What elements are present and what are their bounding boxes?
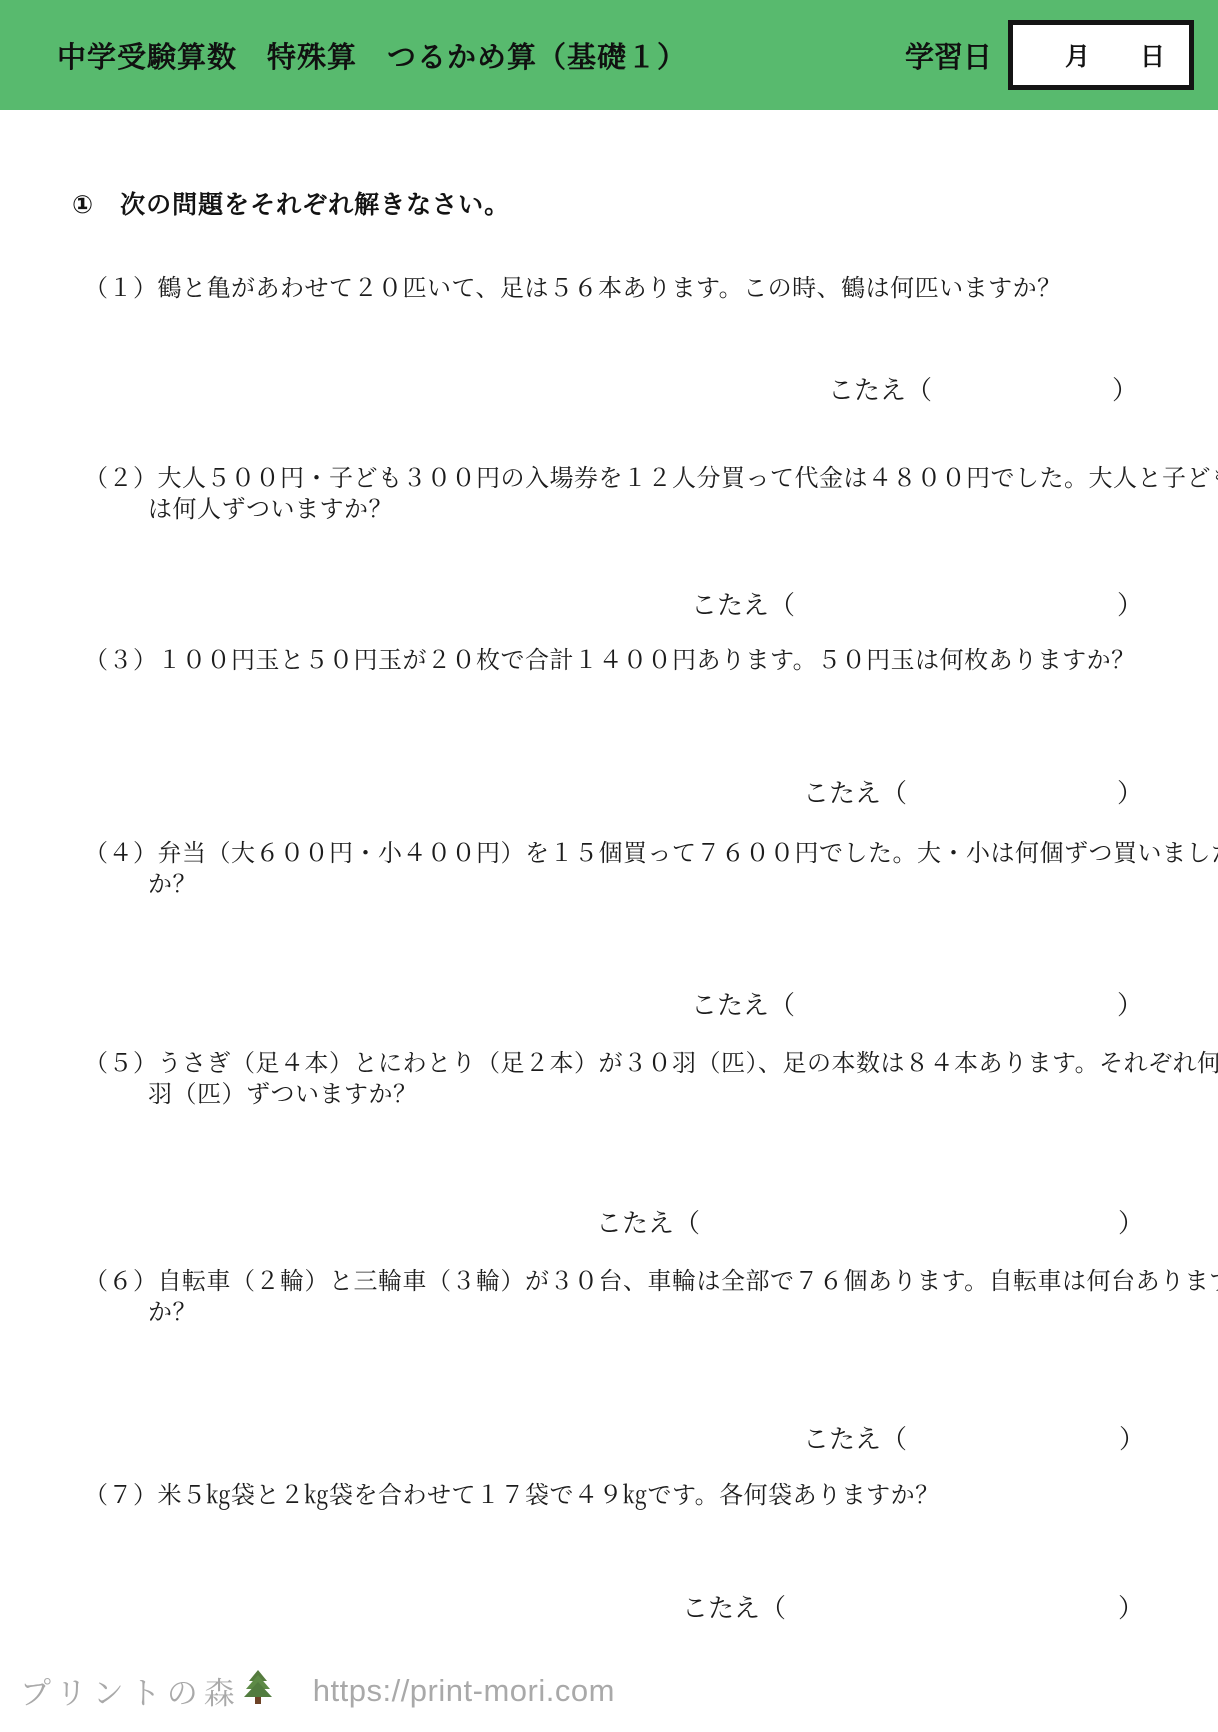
study-date-label: 学習日 [905,35,992,76]
answer-label: こたえ（ [691,985,795,1022]
answer-label: こたえ（ [596,1203,700,1240]
header-bar: 中学受験算数 特殊算 つるかめ算（基礎１） 学習日 月 日 [0,0,1218,110]
page-title: 中学受験算数 特殊算 つるかめ算（基礎１） [57,35,905,76]
problem-6: （６）自転車（２輪）と三輪車（３輪）が３０台、車輪は全部で７６個あります。自転車… [84,1266,1218,1328]
problem-text: 羽（匹）ずついますか？ [148,1079,1218,1110]
answer-row-3: こたえ（ ） [803,773,1143,810]
problem-text: （４）弁当（大６００円・小４００円）を１５個買って７６００円でした。大・小は何個… [84,838,1218,869]
evergreen-tree-icon [243,1670,273,1712]
answer-label: こたえ（ [828,370,932,407]
problem-text: （６）自転車（２輪）と三輪車（３輪）が３０台、車輪は全部で７６個あります。自転車… [84,1266,1218,1297]
problem-text: は何人ずついますか？ [148,494,1218,525]
problem-text: か？ [148,1297,1218,1328]
answer-close-paren: ） [1117,985,1143,1022]
problem-4: （４）弁当（大６００円・小４００円）を１５個買って７６００円でした。大・小は何個… [84,838,1218,900]
month-label: 月 [1065,37,1090,73]
problem-text: （３）１００円玉と５０円玉が２０枚で合計１４００円あります。５０円玉は何枚ありま… [84,645,1136,676]
site-name: プリントの森 [20,1668,241,1713]
problem-5: （５）うさぎ（足４本）とにわとり（足２本）が３０羽（匹）、足の本数は８４本ありま… [84,1048,1218,1110]
answer-row-4: こたえ（ ） [691,985,1143,1022]
answer-label: こたえ（ [803,773,907,810]
problem-7: （７）米５㎏袋と２㎏袋を合わせて１７袋で４９㎏です。各何袋ありますか？ [84,1480,940,1511]
day-label: 日 [1140,37,1165,73]
answer-row-7: こたえ（ ） [682,1588,1144,1625]
problem-text: （１）鶴と亀があわせて２０匹いて、足は５６本あります。この時、鶴は何匹いますか？ [84,273,1062,304]
answer-row-2: こたえ（ ） [691,585,1143,622]
site-url: https://print-mori.com [313,1673,615,1709]
problem-text: （２）大人５００円・子ども３００円の入場券を１２人分買って代金は４８００円でした… [84,463,1218,494]
answer-close-paren: ） [1119,1419,1145,1456]
answer-label: こたえ（ [803,1419,907,1456]
answer-label: こたえ（ [691,585,795,622]
date-entry-box: 月 日 [1008,20,1194,90]
answer-label: こたえ（ [682,1588,786,1625]
answer-row-6: こたえ（ ） [803,1419,1145,1456]
answer-close-paren: ） [1117,773,1143,810]
problem-text: （７）米５㎏袋と２㎏袋を合わせて１７袋で４９㎏です。各何袋ありますか？ [84,1480,940,1511]
answer-row-5: こたえ（ ） [596,1203,1144,1240]
problem-3: （３）１００円玉と５０円玉が２０枚で合計１４００円あります。５０円玉は何枚ありま… [84,645,1136,676]
answer-row-1: こたえ（ ） [828,370,1138,407]
answer-close-paren: ） [1118,1203,1144,1240]
answer-close-paren: ） [1112,370,1138,407]
answer-close-paren: ） [1118,1588,1144,1625]
problem-text: か？ [148,869,1218,900]
footer: プリントの森 https://print-mori.com [20,1668,615,1713]
problem-2: （２）大人５００円・子ども３００円の入場券を１２人分買って代金は４８００円でした… [84,463,1218,525]
answer-close-paren: ） [1117,585,1143,622]
worksheet-page: 中学受験算数 特殊算 つるかめ算（基礎１） 学習日 月 日 ① 次の問題をそれぞ… [0,0,1218,1732]
problem-text: （５）うさぎ（足４本）とにわとり（足２本）が３０羽（匹）、足の本数は８４本ありま… [84,1048,1218,1079]
problem-1: （１）鶴と亀があわせて２０匹いて、足は５６本あります。この時、鶴は何匹いますか？ [84,273,1062,304]
section-instruction: ① 次の問題をそれぞれ解きなさい。 [72,185,510,221]
